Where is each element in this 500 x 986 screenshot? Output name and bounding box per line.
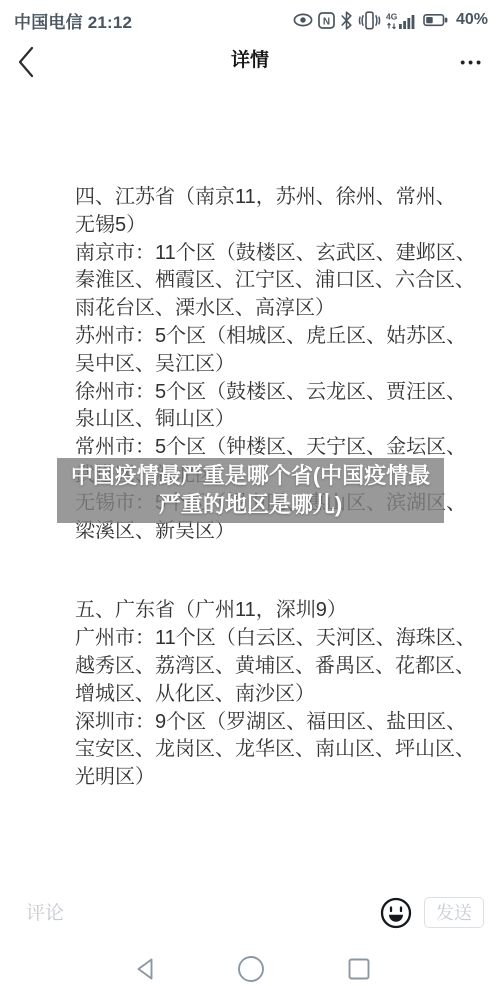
eye-protection-icon (293, 12, 313, 28)
android-recents-button[interactable] (345, 955, 373, 983)
page-title: 详情 (0, 36, 500, 88)
article-line: 苏州市：5个区（相城区、虎丘区、姑苏区、 (75, 323, 460, 351)
phone-screen: 中国电信 21:12 N 4G (0, 0, 500, 986)
nfc-icon: N (318, 12, 335, 29)
bluetooth-icon (340, 11, 353, 30)
signal-4g-icon: 4G (386, 11, 418, 30)
article-line: 无锡5） (75, 212, 460, 240)
send-button[interactable]: 发送 (424, 897, 484, 928)
article-line: 广州市：11个区（白云区、天河区、海珠区、 (75, 625, 460, 653)
comment-input[interactable] (26, 896, 356, 932)
carrier-and-time: 中国电信 21:12 (14, 8, 132, 33)
status-icons: N 4G (293, 11, 488, 30)
article-line: 增城区、从化区、南沙区） (75, 681, 460, 709)
watermark-line2: 严重的地区是哪儿) (57, 491, 444, 520)
circle-home-icon (237, 955, 265, 983)
watermark-line1: 中国疫情最严重是哪个省(中国疫情最 (57, 462, 444, 491)
triangle-back-icon (132, 955, 160, 983)
svg-text:N: N (323, 16, 330, 27)
section-gap (75, 545, 460, 597)
article-line: 徐州市：5个区（鼓楼区、云龙区、贾汪区、 (75, 379, 460, 407)
square-recents-icon (345, 955, 373, 983)
android-back-button[interactable] (132, 955, 160, 983)
android-nav-bar (0, 942, 500, 986)
article-line: 越秀区、荔湾区、黄埔区、番禺区、花都区、 (75, 653, 460, 681)
more-menu-button[interactable]: ••• (460, 36, 484, 88)
article-line: 雨花台区、溧水区、高淳区） (75, 295, 460, 323)
article-line: 泉山区、铜山区） (75, 406, 460, 434)
battery-percent: 40% (456, 11, 488, 29)
battery-icon (423, 11, 449, 29)
vibrate-icon (358, 11, 381, 30)
status-bar: 中国电信 21:12 N 4G (0, 0, 500, 36)
watermark-overlay: 中国疫情最严重是哪个省(中国疫情最 严重的地区是哪儿) (57, 458, 444, 523)
article-line: 光明区） (75, 764, 460, 792)
article-line: 秦淮区、栖霞区、江宁区、浦口区、六合区、 (75, 267, 460, 295)
nav-bar: 详情 ••• (0, 36, 500, 88)
smiley-icon (379, 896, 413, 930)
article-line: 五、广东省（广州11，深圳9） (75, 597, 460, 625)
article-line: 深圳市：9个区（罗湖区、福田区、盐田区、 (75, 709, 460, 737)
article-line: 吴中区、吴江区） (75, 351, 460, 379)
article-line: 宝安区、龙岗区、龙华区、南山区、坪山区、 (75, 736, 460, 764)
article-line: 南京市：11个区（鼓楼区、玄武区、建邺区、 (75, 240, 460, 268)
svg-text:4G: 4G (386, 11, 398, 21)
comment-bar: 发送 (0, 888, 500, 940)
android-home-button[interactable] (237, 955, 265, 983)
article-line: 四、江苏省（南京11，苏州、徐州、常州、 (75, 184, 460, 212)
emoji-button[interactable] (379, 896, 413, 930)
